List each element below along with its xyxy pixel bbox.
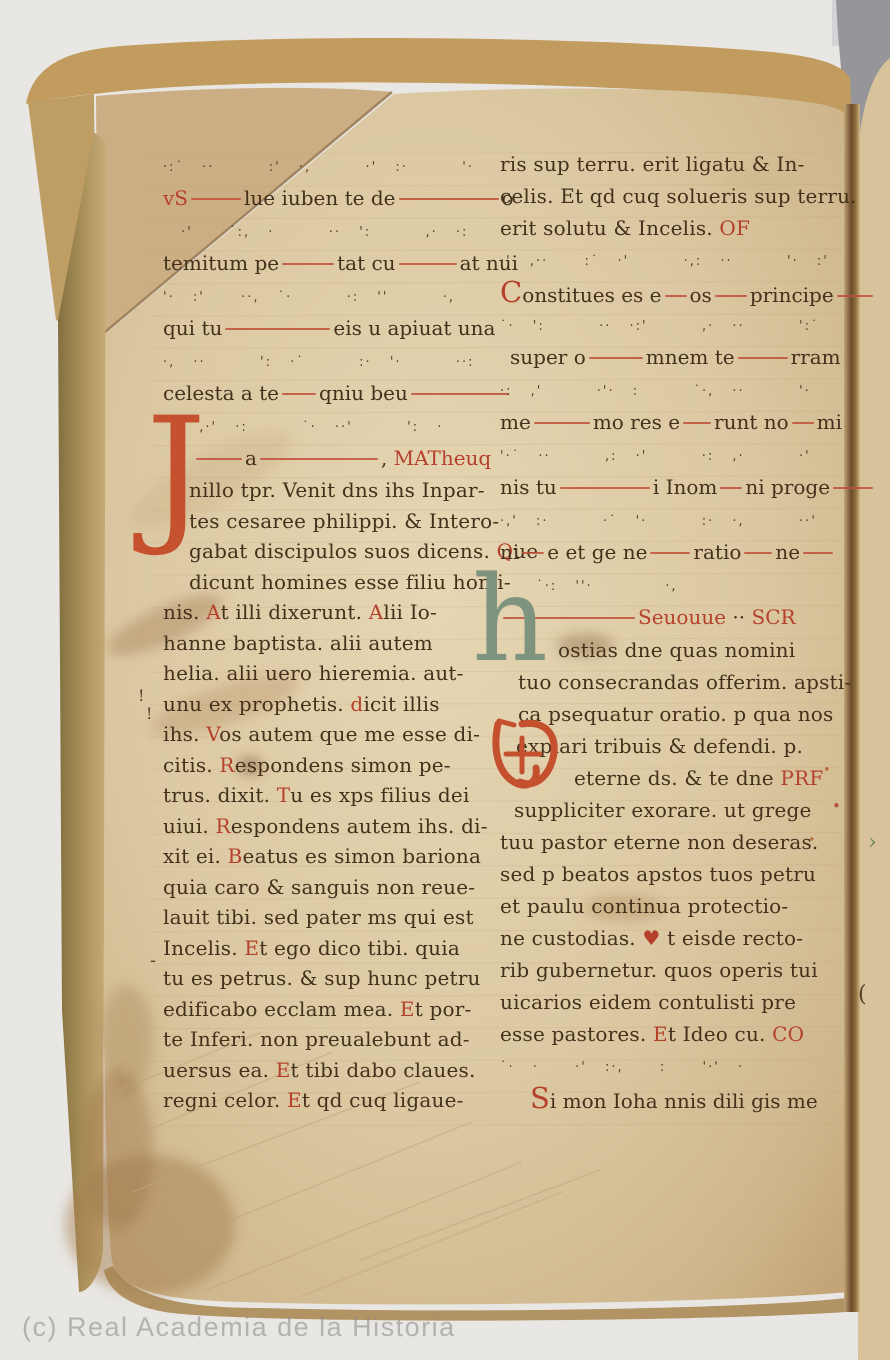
- text-line: uiui. Respondens autem ihs. di-: [163, 811, 525, 842]
- neume-line: '·˙ ·· ,: ·' ·: ,· ·': [500, 439, 866, 471]
- right-text-column: ris sup terru. erit ligatu & In-celis. E…: [500, 148, 866, 1115]
- body-text: tuu pastor eterne non deseras.: [500, 830, 819, 854]
- text-line: nillo tpr. Venit dns ihs Inpar-: [189, 475, 525, 506]
- text-line: uersus ea. Et tibi dabo claues.: [163, 1055, 525, 1086]
- body-text: tes cesaree philippi. & Intero-: [189, 509, 499, 533]
- body-text: ··: [726, 605, 751, 629]
- body-text: e et ge ne: [547, 540, 647, 564]
- text-line: rib gubernetur. quos operis tui: [500, 954, 866, 986]
- body-text: tat cu: [337, 251, 395, 275]
- margin-mark: !: [138, 688, 144, 704]
- neume-line: ·:˙ ·· :' ·, ·' :· '·: [163, 150, 525, 182]
- body-text: t ego dico tibi. quia: [259, 936, 460, 960]
- body-text: rram: [791, 345, 841, 369]
- rubric-text: A: [369, 600, 384, 624]
- body-text: temitum pe: [163, 251, 279, 275]
- body-text: nis.: [163, 600, 206, 624]
- rubric-text: OF: [719, 216, 750, 240]
- margin-mark: •: [823, 764, 831, 777]
- chant-line: Constitues es eosprincipe: [500, 276, 866, 309]
- body-text: lauit tibi. sed pater ms qui est: [163, 905, 474, 929]
- body-text: t Ideo cu.: [668, 1022, 772, 1046]
- body-text: ,: [381, 446, 394, 470]
- body-text: os autem que me esse di-: [219, 722, 480, 746]
- neume-line: ·,' :· ·˙ '· :· ·, ··': [500, 504, 866, 536]
- text-line: tes cesaree philippi. & Intero-: [189, 506, 525, 537]
- chant-line: temitum petat cuat nui: [163, 247, 525, 280]
- body-text: et paulu continua protectio-: [500, 894, 788, 918]
- body-text: ca psequatur oratio. p qua nos: [518, 702, 834, 726]
- chant-extender-line: [650, 552, 690, 555]
- chant-line: nie et ge neratione: [500, 536, 866, 569]
- chant-extender-line: [534, 422, 590, 425]
- text-line: regni celor. Et qd cuq ligaue-: [163, 1085, 525, 1116]
- chant-extender-line: [720, 487, 742, 490]
- rubric-text: ♥: [642, 926, 660, 950]
- chant-extender-line: [282, 393, 316, 396]
- body-text: helia. alii uero hieremia. aut-: [163, 661, 464, 685]
- body-text: unu ex prophetis.: [163, 692, 350, 716]
- text-line: ca psequatur oratio. p qua nos: [518, 698, 866, 730]
- chant-extender-line: [715, 295, 747, 298]
- body-text: eatus es simon bariona: [243, 844, 482, 868]
- text-line: ne custodias. ♥ t eisde recto-: [500, 922, 866, 954]
- text-line: uicarios eidem contulisti pre: [500, 986, 866, 1018]
- rubric-text: C: [500, 275, 522, 309]
- text-line: quia caro & sanguis non reue-: [163, 872, 525, 903]
- body-text: eterne ds. & te dne: [574, 766, 780, 790]
- body-text: ris sup terru. erit ligatu & In-: [500, 152, 805, 176]
- rubric-text: d: [350, 692, 363, 716]
- body-text: t tibi dabo claues.: [291, 1058, 476, 1082]
- body-text: nillo tpr. Venit dns ihs Inpar-: [189, 478, 485, 502]
- chant-extender-line: [411, 393, 509, 396]
- body-text: qniu beu: [319, 381, 408, 405]
- text-line: ris sup terru. erit ligatu & In-: [500, 148, 866, 180]
- chant-line: vSlue iuben te deo: [163, 182, 525, 215]
- rubric-text: Seuouue: [638, 605, 726, 629]
- text-line: edificabo ecclam mea. Et por-: [163, 994, 525, 1025]
- text-line: helia. alii uero hieremia. aut-: [163, 658, 525, 689]
- chant-extender-line: [191, 198, 241, 201]
- rubric-text: T: [277, 783, 291, 807]
- neume-line: ˙·: ''· ·,: [500, 569, 866, 601]
- body-text: gabat discipulos suos dicens.: [189, 539, 497, 563]
- chant-line: nis tui Inomni proge: [500, 471, 866, 504]
- text-line: expiari tribuis & defendi. p.: [516, 730, 866, 762]
- neume-line: ˙· ': ·· ·:' ,· ·· ':˙: [500, 309, 866, 341]
- text-line: te Inferi. non preualebunt ad-: [163, 1024, 525, 1055]
- neume-line: ,·' ·: ˙· ··' ': ·: [163, 410, 525, 442]
- illuminated-initial-i: J: [146, 398, 206, 548]
- body-text: rib gubernetur. quos operis tui: [500, 958, 818, 982]
- chant-extender-line: [399, 263, 457, 266]
- rubric-text: SCR: [752, 605, 796, 629]
- chant-extender-line: [589, 357, 643, 360]
- body-text: suppliciter exorare. ut grege: [514, 798, 812, 822]
- chant-extender-line: [837, 295, 873, 298]
- chant-extender-line: [665, 295, 687, 298]
- rubric-text: CO: [772, 1022, 804, 1046]
- body-text: onstitues es e: [522, 283, 661, 307]
- neume-line: '· :' ··, ˙· ·: '' ·,: [163, 280, 525, 312]
- body-text: lue iuben te de: [244, 186, 396, 210]
- body-text: sed p beatos apstos tuos petru: [500, 862, 816, 886]
- body-text: ni proge: [745, 475, 830, 499]
- body-text: u es xps filius dei: [290, 783, 469, 807]
- chant-extender-line: [399, 198, 499, 201]
- text-line: hanne baptista. alii autem: [163, 628, 525, 659]
- body-text: esse pastores.: [500, 1022, 653, 1046]
- text-line: Incelis. Et ego dico tibi. quia: [163, 933, 525, 964]
- body-text: espondens simon pe-: [235, 753, 451, 777]
- text-line: sed p beatos apstos tuos petru: [500, 858, 866, 890]
- chant-line: super omnem terram: [510, 341, 866, 374]
- rubric-text: A: [206, 600, 220, 624]
- chant-extender-line: [683, 422, 711, 425]
- watermark: (c) Real Academia de la Historia: [22, 1312, 456, 1343]
- body-text: edificabo ecclam mea.: [163, 997, 400, 1021]
- body-text: qui tu: [163, 316, 222, 340]
- body-text: mi: [817, 410, 842, 434]
- chant-line: a, MATheuq: [193, 442, 525, 475]
- rubric-text: V: [206, 722, 219, 746]
- body-text: runt no: [714, 410, 789, 434]
- margin-mark: !: [146, 706, 152, 722]
- body-text: ihs.: [163, 722, 206, 746]
- body-text: super o: [510, 345, 586, 369]
- neume-line: ˙· · ·' :·, : '·' ·: [500, 1050, 866, 1082]
- body-text: principe: [750, 283, 834, 307]
- chant-extender-line: [803, 552, 833, 555]
- manuscript-photo: ·:˙ ·· :' ·, ·' :· '·vSlue iuben te deo …: [0, 0, 890, 1360]
- body-text: ne custodias.: [500, 926, 642, 950]
- left-text-column: ·:˙ ·· :' ·, ·' :· '·vSlue iuben te deo …: [163, 150, 525, 1116]
- body-text: lii Io-: [383, 600, 437, 624]
- body-text: eis u apiuat una: [333, 316, 495, 340]
- body-text: i Inom: [653, 475, 718, 499]
- body-text: ostias dne quas nomini: [558, 638, 795, 662]
- neume-line: ·' ,·· :˙ ·' ·,: ·· '· :': [500, 244, 866, 276]
- text-line: xit ei. Beatus es simon bariona: [163, 841, 525, 872]
- chant-extender-line: [282, 263, 334, 266]
- body-text: t qd cuq ligaue-: [302, 1088, 464, 1112]
- rubric-text: B: [228, 844, 243, 868]
- neume-line: ·, ·· ': ·˙ :· '· ··:: [163, 345, 525, 377]
- body-text: xit ei.: [163, 844, 228, 868]
- chant-extender-line: [225, 328, 330, 331]
- text-line: suppliciter exorare. ut grege: [514, 794, 866, 826]
- body-text: uersus ea.: [163, 1058, 276, 1082]
- body-text: trus. dixit.: [163, 783, 277, 807]
- margin-mark: -: [150, 952, 156, 970]
- body-text: ne: [775, 540, 800, 564]
- neume-line: ·: ,' ·'· : ˙·, ·· '·: [500, 374, 866, 406]
- text-line: et paulu continua protectio-: [500, 890, 866, 922]
- body-text: icit illis: [363, 692, 439, 716]
- body-text: os: [690, 283, 712, 307]
- chant-extender-line: [833, 487, 873, 490]
- chant-line: memo res erunt nomi: [500, 406, 866, 439]
- chant-line: Si mon Ioha nnis dili gis me: [530, 1082, 866, 1115]
- text-line: lauit tibi. sed pater ms qui est: [163, 902, 525, 933]
- margin-mark: ›: [868, 832, 877, 854]
- margin-mark: •: [832, 799, 841, 814]
- chant-extender-line: [560, 487, 650, 490]
- text-line: tuo consecrandas offerim. apsti-: [518, 666, 866, 698]
- rubric-text: R: [215, 814, 230, 838]
- body-text: te Inferi. non preualebunt ad-: [163, 1027, 470, 1051]
- text-line: unu ex prophetis. dicit illis: [163, 689, 525, 720]
- chant-extender-line: [738, 357, 788, 360]
- body-text: tu es petrus. & sup hunc petru: [163, 966, 481, 990]
- body-text: mnem te: [646, 345, 735, 369]
- body-text: uicarios eidem contulisti pre: [500, 990, 796, 1014]
- chant-line: Seuouue ·· SCR: [500, 601, 866, 634]
- rubric-text: PRF: [780, 766, 823, 790]
- body-text: t illi dixerunt.: [221, 600, 369, 624]
- rubric-text: R: [219, 753, 234, 777]
- rubric-text: E: [653, 1022, 668, 1046]
- text-line: trus. dixit. Tu es xps filius dei: [163, 780, 525, 811]
- body-text: hanne baptista. alii autem: [163, 631, 433, 655]
- rubric-text: S: [530, 1081, 550, 1115]
- text-line: nis. At illi dixerunt. Alii Io-: [163, 597, 525, 628]
- body-text: uiui.: [163, 814, 215, 838]
- body-text: Incelis.: [163, 936, 244, 960]
- body-text: ratio: [693, 540, 741, 564]
- rubric-text: E: [276, 1058, 291, 1082]
- body-text: t por-: [415, 997, 472, 1021]
- text-line: ihs. Vos autem que me esse di-: [163, 719, 525, 750]
- text-line: tu es petrus. & sup hunc petru: [163, 963, 525, 994]
- body-text: erit solutu & Incelis.: [500, 216, 719, 240]
- body-text: celis. Et qd cuq solueris sup terru.: [500, 184, 857, 208]
- text-line: citis. Respondens simon pe-: [163, 750, 525, 781]
- body-text: regni celor.: [163, 1088, 287, 1112]
- body-text: nis tu: [500, 475, 557, 499]
- body-text: t eisde recto-: [661, 926, 804, 950]
- body-text: i mon Ioha nnis dili gis me: [550, 1089, 818, 1113]
- text-line: celis. Et qd cuq solueris sup terru.: [500, 180, 866, 212]
- rubric-text: E: [287, 1088, 302, 1112]
- rubric-text: E: [244, 936, 259, 960]
- text-line: erit solutu & Incelis. OF: [500, 212, 866, 244]
- body-text: citis.: [163, 753, 219, 777]
- rubric-text: E: [400, 997, 415, 1021]
- body-text: tuo consecrandas offerim. apsti-: [518, 670, 851, 694]
- neume-line: ·' ˙:, · ·· ': ,· ·:: [163, 215, 525, 247]
- rubric-text: MATheuq: [394, 446, 492, 470]
- margin-mark: •: [808, 834, 816, 847]
- body-text: quia caro & sanguis non reue-: [163, 875, 475, 899]
- illuminated-initial-h: h: [472, 560, 548, 678]
- chant-line: qui tueis u apiuat una: [163, 312, 525, 345]
- chant-extender-line: [744, 552, 772, 555]
- vd-monogram-initial: [486, 712, 564, 798]
- text-line: esse pastores. Et Ideo cu. CO: [500, 1018, 866, 1050]
- rubric-text: vS: [163, 186, 188, 210]
- body-text: dicunt homines esse filiu homi-: [189, 570, 511, 594]
- chant-line: celesta a teqniu beu: [163, 377, 525, 410]
- body-text: a: [245, 446, 257, 470]
- text-line: ostias dne quas nomini: [558, 634, 866, 666]
- chant-extender-line: [260, 458, 378, 461]
- body-text: me: [500, 410, 531, 434]
- margin-mark: (: [858, 984, 867, 1006]
- chant-extender-line: [792, 422, 814, 425]
- body-text: espondens autem ihs. di-: [231, 814, 488, 838]
- body-text: mo res e: [593, 410, 680, 434]
